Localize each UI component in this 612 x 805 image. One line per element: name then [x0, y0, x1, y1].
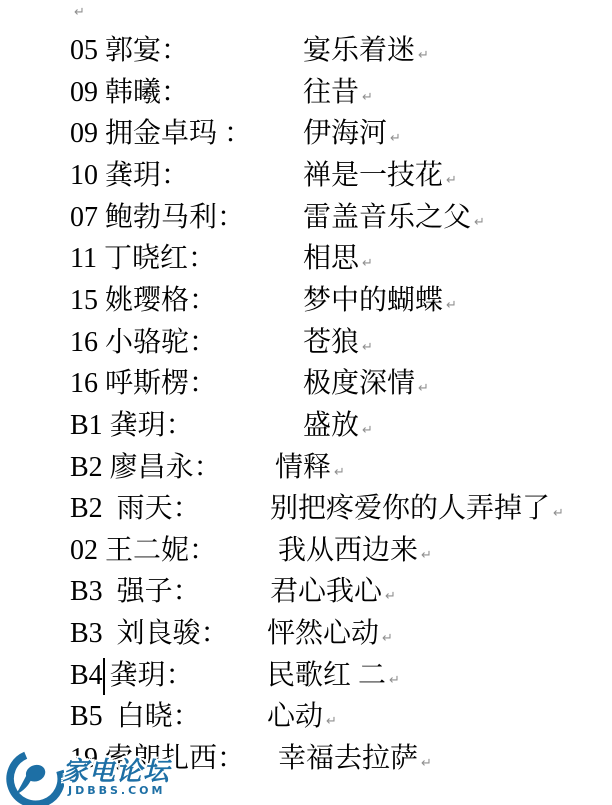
row-title-wrap: 情释 ↵ [275, 447, 345, 489]
table-row: B3 刘良骏： 怦然心动 ↵ [70, 613, 610, 655]
row-label: 09 拥金卓玛 ： [70, 113, 252, 155]
row-title-wrap: 心动 ↵ [267, 696, 337, 738]
row-label: 15 姚璎格： [70, 280, 217, 322]
paragraph-mark: ↵ [334, 466, 345, 479]
row-title: 民歌红 二 [267, 655, 386, 697]
jdbbs-logo-title: 家电论坛 [62, 759, 170, 785]
row-label: B2 廖昌永： [70, 447, 222, 489]
row-title: 极度深情 [303, 363, 415, 405]
paragraph-mark: ↵ [446, 299, 457, 312]
row-title: 苍狼 [303, 322, 359, 364]
paragraph-mark: ↵ [326, 715, 337, 728]
table-row: 15 姚璎格： 梦中的蝴蝶 ↵ [70, 280, 610, 322]
paragraph-mark: ↵ [362, 91, 373, 104]
table-row: 05 郭宴： 宴乐着迷 ↵ [70, 30, 610, 72]
row-title-wrap: 怦然心动 ↵ [267, 613, 393, 655]
row-title-wrap: 宴乐着迷 ↵ [303, 30, 429, 72]
table-row: 09 韩曦： 往昔 ↵ [70, 72, 610, 114]
table-row: B2 廖昌永： 情释 ↵ [70, 447, 610, 489]
table-row: 09 拥金卓玛 ： 伊海河 ↵ [70, 113, 610, 155]
table-row: 10 龚玥： 禅是一技花 ↵ [70, 155, 610, 197]
paragraph-mark: ↵ [362, 424, 373, 437]
row-title: 伊海河 [303, 113, 387, 155]
row-title-wrap: 雷盖音乐之父 ↵ [303, 197, 485, 239]
row-label: 16 呼斯楞： [70, 363, 217, 405]
paragraph-mark: ↵ [382, 632, 393, 645]
paragraph-mark: ↵ [390, 132, 401, 145]
row-title-wrap: 别把疼爱你的人弄掉了 ↵ [270, 488, 564, 530]
row-label: B4 龚玥： [70, 655, 194, 697]
row-title-wrap: 苍狼 ↵ [303, 322, 373, 364]
row-title: 幸福去拉萨 [278, 738, 418, 780]
row-label: B3 刘良骏： [70, 613, 229, 655]
row-title-wrap: 民歌红 二 ↵ [267, 655, 400, 697]
row-title-wrap: 幸福去拉萨 ↵ [278, 738, 432, 780]
row-label: B2 雨天： [70, 488, 201, 530]
row-title-wrap: 相思 ↵ [303, 238, 373, 280]
table-row: 02 王二妮： 我从西边来 ↵ [70, 530, 610, 572]
row-label: B3 强子： [70, 571, 201, 613]
row-title: 雷盖音乐之父 [303, 197, 471, 239]
row-label: B5 白晓： [70, 696, 201, 738]
row-title: 情释 [275, 447, 331, 489]
row-title: 梦中的蝴蝶 [303, 280, 443, 322]
paragraph-mark: ↵ [421, 549, 432, 562]
row-title-wrap: 君心我心 ↵ [270, 571, 396, 613]
jdbbs-watermark: 家电论坛 JDBBS.COM [6, 750, 170, 805]
row-title: 君心我心 [270, 571, 382, 613]
row-title-wrap: 极度深情 ↵ [303, 363, 429, 405]
row-title: 宴乐着迷 [303, 30, 415, 72]
paragraph-mark: ↵ [418, 49, 429, 62]
paragraph-mark: ↵ [446, 174, 457, 187]
paragraph-mark: ↵ [418, 382, 429, 395]
table-row: B5 白晓： 心动 ↵ [70, 696, 610, 738]
table-row: B3 强子： 君心我心 ↵ [70, 571, 610, 613]
table-row: 11 丁晓红： 相思 ↵ [70, 238, 610, 280]
row-title-wrap: 伊海河 ↵ [303, 113, 401, 155]
row-title-wrap: 盛放 ↵ [303, 405, 373, 447]
document-page[interactable]: ↵ 05 郭宴： 宴乐着迷 ↵ 09 韩曦： 往昔 ↵ 09 拥金卓玛 ： 伊海… [0, 0, 612, 805]
jdbbs-logo-domain: JDBBS.COM [68, 785, 170, 796]
paragraph-mark: ↵ [421, 757, 432, 770]
paragraph-mark: ↵ [389, 674, 400, 687]
row-title: 别把疼爱你的人弄掉了 [270, 488, 550, 530]
paragraph-mark: ↵ [362, 341, 373, 354]
row-label: 10 龚玥： [70, 155, 189, 197]
row-title: 禅是一技花 [303, 155, 443, 197]
jdbbs-logo-icon [6, 750, 64, 805]
paragraph-mark: ↵ [553, 507, 564, 520]
table-row: 16 小骆驼： 苍狼 ↵ [70, 322, 610, 364]
paragraph-mark: ↵ [74, 5, 85, 20]
paragraph-mark: ↵ [385, 590, 396, 603]
table-row: B2 雨天： 别把疼爱你的人弄掉了 ↵ [70, 488, 610, 530]
row-title: 我从西边来 [278, 530, 418, 572]
row-title: 心动 [267, 696, 323, 738]
table-row: 07 鲍勃马利： 雷盖音乐之父 ↵ [70, 197, 610, 239]
row-title: 怦然心动 [267, 613, 379, 655]
paragraph-mark: ↵ [474, 216, 485, 229]
text-cursor [103, 658, 105, 695]
row-title-wrap: 我从西边来 ↵ [278, 530, 432, 572]
row-title: 往昔 [303, 72, 359, 114]
table-row: B4 龚玥： 民歌红 二 ↵ [70, 655, 610, 697]
row-title-wrap: 梦中的蝴蝶 ↵ [303, 280, 457, 322]
row-label: 11 丁晓红： [70, 238, 216, 280]
jdbbs-logo-text: 家电论坛 JDBBS.COM [62, 759, 170, 796]
table-row: B1 龚玥： 盛放 ↵ [70, 405, 610, 447]
row-label: 09 韩曦： [70, 72, 189, 114]
row-label: 16 小骆驼： [70, 322, 217, 364]
row-title: 盛放 [303, 405, 359, 447]
row-label: 02 王二妮： [70, 530, 217, 572]
row-title: 相思 [303, 238, 359, 280]
row-title-wrap: 禅是一技花 ↵ [303, 155, 457, 197]
row-title-wrap: 往昔 ↵ [303, 72, 373, 114]
table-row: 16 呼斯楞： 极度深情 ↵ [70, 363, 610, 405]
paragraph-mark: ↵ [362, 257, 373, 270]
row-label: 07 鲍勃马利： [70, 197, 245, 239]
row-label: B1 龚玥： [70, 405, 194, 447]
row-label: 05 郭宴： [70, 30, 189, 72]
